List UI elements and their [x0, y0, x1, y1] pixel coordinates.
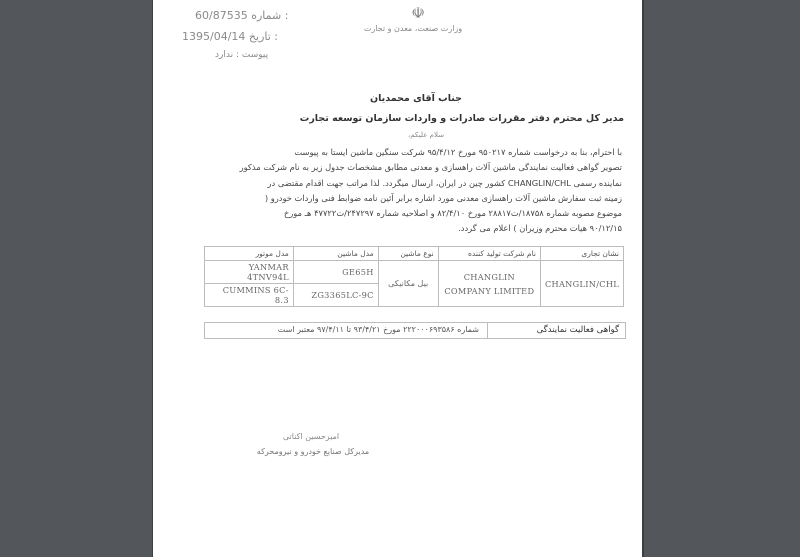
- header-engine-model: مدل موتور: [205, 247, 294, 261]
- body-line: با احترام، بنا به درخواست شماره ۹۵۰۲۱۷ م…: [183, 145, 622, 160]
- letter-date-label: تاریخ :: [249, 30, 278, 43]
- certificate-label: گواهی فعالیت نمایندگی: [487, 323, 625, 338]
- body-line: نماینده رسمی CHANGLIN/CHL کشور چین در ای…: [183, 176, 622, 191]
- letter-attachment: پیوست : ندارد: [215, 50, 268, 60]
- header-brand: نشان تجاری: [540, 247, 623, 261]
- engine-model-cell: CUMMINS 6C-8.3: [205, 284, 294, 307]
- greeting: سلام علیکم،: [408, 131, 444, 139]
- ministry-name: وزارت صنعت، معدن و تجارت: [358, 24, 468, 33]
- table-header-row: مدل موتور مدل ماشین نوع ماشین نام شرکت ت…: [205, 247, 624, 261]
- header-manufacturer: نام شرکت تولید کننده: [438, 247, 540, 261]
- attachment-label: پیوست :: [236, 50, 268, 60]
- body-line: موضوع مصوبه شماره ۱۸۷۵۸/ت۲۸۸۱۷ مورخ ۸۲/۴…: [183, 206, 622, 221]
- signatory-title: مدیرکل صنایع خودرو و نیرومحرکه: [233, 447, 393, 456]
- iran-emblem-icon: ☫: [411, 4, 425, 22]
- recipient-title: مدیر کل محترم دفتر مقررات صادرات و واردا…: [300, 113, 624, 124]
- machine-model-cell: ZG3365LC-9C: [293, 284, 378, 307]
- spec-table: مدل موتور مدل ماشین نوع ماشین نام شرکت ت…: [204, 246, 624, 307]
- letter-number-label: شماره :: [251, 9, 288, 22]
- manufacturer-cell: CHANGLIN COMPANY LIMITED: [438, 261, 540, 307]
- letter-number-value: 60/87535: [195, 9, 248, 22]
- table-row: YANMAR 4TNV94L GE65H بیل مکانیکی CHANGLI…: [205, 261, 624, 284]
- body-line: زمینه ثبت سفارش ماشین آلات راهسازی معدنی…: [183, 191, 622, 206]
- body-line: ۹۰/۱۲/۱۵ هیات محترم وزیران ) اعلام می گر…: [183, 221, 622, 236]
- attachment-value: ندارد: [215, 50, 233, 60]
- body-line: تصویر گواهی فعالیت نمایندگی ماشین آلات ر…: [183, 160, 622, 175]
- certificate-value: شماره ۲۲۲۰۰۰۶۹۳۵۸۶ مورخ ۹۳/۴/۲۱ تا ۹۷/۴/…: [205, 323, 487, 338]
- letter-date-value: 1395/04/14: [182, 30, 245, 43]
- certificate-row: گواهی فعالیت نمایندگی شماره ۲۲۲۰۰۰۶۹۳۵۸۶…: [204, 322, 626, 339]
- machine-type-cell: بیل مکانیکی: [378, 261, 438, 307]
- recipient-name: جناب آقای محمدیان: [370, 93, 462, 104]
- header-machine-model: مدل ماشین: [293, 247, 378, 261]
- header-machine-type: نوع ماشین: [378, 247, 438, 261]
- letter-date: 1395/04/14 تاریخ :: [182, 30, 278, 43]
- brand-cell: CHANGLIN/CHL: [540, 261, 623, 307]
- signatory-name: امیرحسین اکناتی: [261, 432, 361, 441]
- letter-number: 60/87535 شماره :: [195, 9, 288, 22]
- machine-model-cell: GE65H: [293, 261, 378, 284]
- engine-model-cell: YANMAR 4TNV94L: [205, 261, 294, 284]
- letter-body: با احترام، بنا به درخواست شماره ۹۵۰۲۱۷ م…: [183, 145, 622, 237]
- document-page: 60/87535 شماره : 1395/04/14 تاریخ : پیوس…: [152, 0, 644, 557]
